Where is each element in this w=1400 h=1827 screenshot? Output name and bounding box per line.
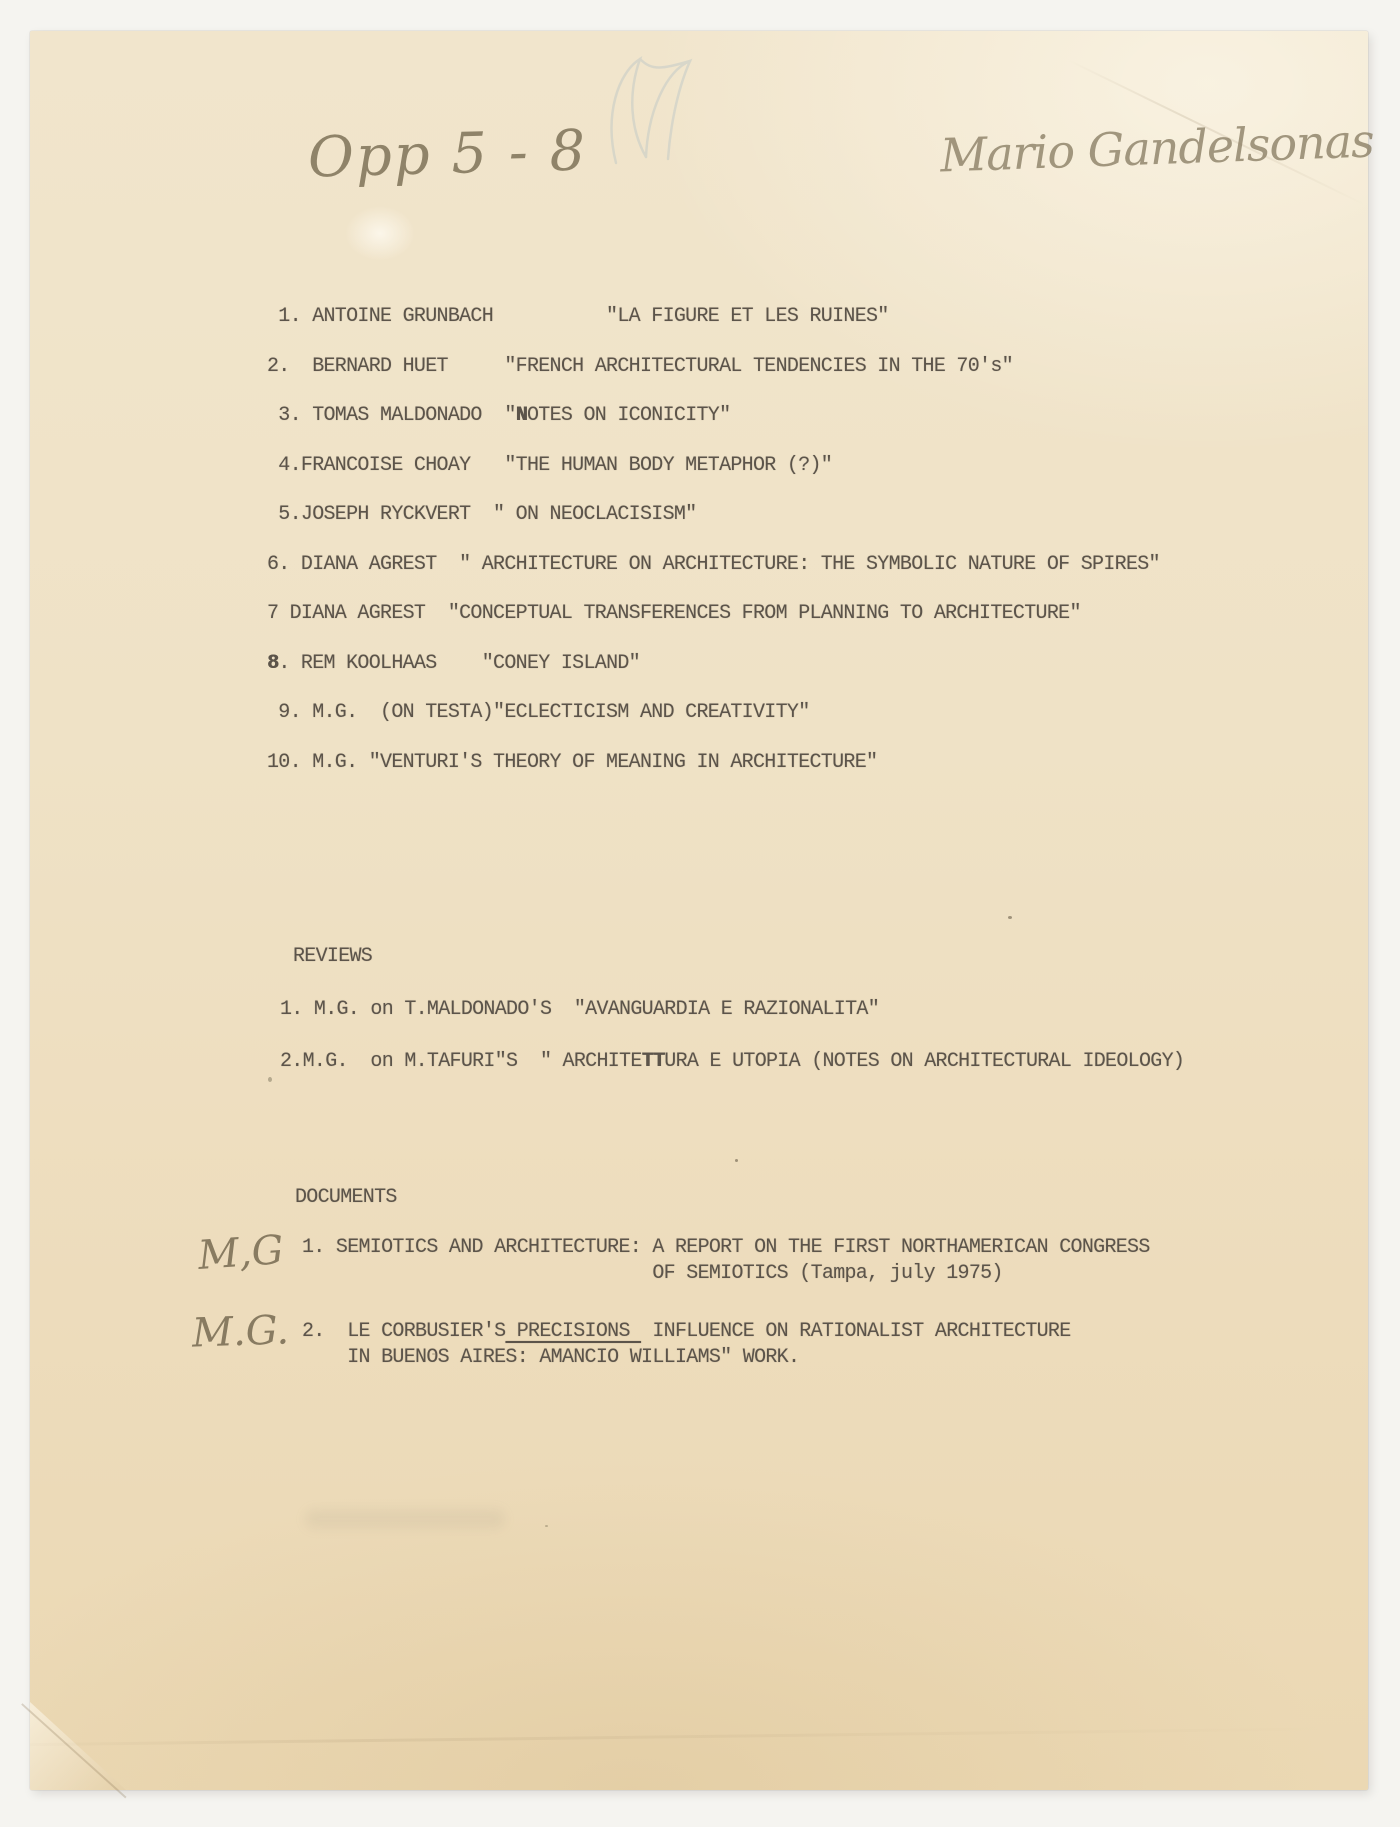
margin-mark-mg-1: M,G (196, 1227, 285, 1279)
typed-line: 3. TOMAS MALDONADO "NOTES ON ICONICITY" (267, 391, 1160, 441)
typed-text-segment: 7 DIANA AGREST "CONCEPTUAL TRANSFERENCES… (267, 602, 1081, 625)
typed-line: 6. DIANA AGREST " ARCHITECTURE ON ARCHIT… (267, 540, 1160, 590)
typed-line: IN BUENOS AIRES: AMANCIO WILLIAMS" WORK. (302, 1345, 1071, 1371)
paper-crease-bottom (30, 1727, 1368, 1746)
paper-speck (545, 1525, 548, 1527)
typed-line: 7 DIANA AGREST "CONCEPTUAL TRANSFERENCES… (267, 589, 1160, 639)
document-page: Opp 5 - 8 Mario Gandelsonas 1. ANTOINE G… (30, 31, 1368, 1790)
ink-bleed-smudge (305, 1509, 505, 1529)
typed-line: 1. SEMIOTICS AND ARCHITECTURE: A REPORT … (302, 1235, 1150, 1261)
typed-text-segment: OF SEMIOTICS (Tampa, july 1975) (302, 1262, 1003, 1285)
typed-line: 1. M.G. on T.MALDONADO'S "AVANGUARDIA E … (280, 984, 1184, 1036)
typed-line: 2. BERNARD HUET "FRENCH ARCHITECTURAL TE… (267, 342, 1160, 392)
typed-text-segment: PRECISIONS (505, 1320, 641, 1343)
typed-text-segment: OTES ON ICONICITY" (527, 404, 730, 427)
typed-text-segment: 9. M.G. (ON TESTA)"ECLECTICISM AND CREAT… (267, 701, 810, 724)
typed-text-segment: 8 (267, 652, 278, 675)
handwritten-note-opp: Opp 5 - 8 (307, 118, 588, 190)
contents-list: 1. ANTOINE GRUNBACH "LA FIGURE ET LES RU… (267, 292, 1160, 787)
document-item-2: 2. LE CORBUSIER'S PRECISIONS INFLUENCE O… (302, 1319, 1071, 1371)
typed-line: 10. M.G. "VENTURI'S THEORY OF MEANING IN… (267, 738, 1160, 788)
typed-text-segment: 1. M.G. on T.MALDONADO'S "AVANGUARDIA E … (280, 998, 879, 1021)
typed-text-segment: IN BUENOS AIRES: AMANCIO WILLIAMS" WORK. (302, 1346, 799, 1369)
typed-text-segment: 2. LE CORBUSIER'S (302, 1320, 505, 1343)
paper-fold-bottom-left (30, 1702, 126, 1790)
typed-text-segment: N (516, 404, 527, 427)
typed-text-segment: 2.M.G. on M.TAFURI"S " ARCHITE (280, 1050, 642, 1073)
paper-speck (1008, 916, 1012, 919)
typed-line: 1. ANTOINE GRUNBACH "LA FIGURE ET LES RU… (267, 292, 1160, 342)
typed-text-segment: 6. DIANA AGREST " ARCHITECTURE ON ARCHIT… (267, 553, 1160, 576)
typed-line: 2.M.G. on M.TAFURI"S " ARCHITETTURA E UT… (280, 1036, 1184, 1088)
typed-text-segment: 3. TOMAS MALDONADO " (267, 404, 516, 427)
typed-text-segment: INFLUENCE ON RATIONALIST ARCHITECTURE (641, 1320, 1070, 1343)
reviews-list: 1. M.G. on T.MALDONADO'S "AVANGUARDIA E … (280, 984, 1184, 1088)
typed-text-segment: 1. SEMIOTICS AND ARCHITECTURE: A REPORT … (302, 1236, 1150, 1259)
typed-text-segment: 10. M.G. "VENTURI'S THEORY OF MEANING IN… (267, 751, 877, 774)
typed-line: OF SEMIOTICS (Tampa, july 1975) (302, 1261, 1150, 1287)
typed-line: 5.JOSEPH RYCKVERT " ON NEOCLACISISM" (267, 490, 1160, 540)
paper-speck (432, 1353, 435, 1355)
typed-text-segment: 4.FRANCOISE CHOAY "THE HUMAN BODY METAPH… (267, 454, 832, 477)
handwritten-signature: Mario Gandelsonas (939, 113, 1374, 182)
paper-stain (345, 206, 415, 261)
reviews-heading: REVIEWS (293, 945, 372, 969)
document-item-1: 1. SEMIOTICS AND ARCHITECTURE: A REPORT … (302, 1235, 1150, 1287)
faint-watermark (578, 45, 728, 175)
typed-line: 8. REM KOOLHAAS "CONEY ISLAND" (267, 639, 1160, 689)
typed-text-segment: URA E UTOPIA (NOTES ON ARCHITECTURAL IDE… (664, 1050, 1184, 1073)
margin-mark-mg-2: M.G. (191, 1307, 289, 1356)
typed-text-segment: TT (642, 1050, 665, 1073)
paper-speck (735, 1159, 738, 1162)
typed-text-segment: 2. BERNARD HUET "FRENCH ARCHITECTURAL TE… (267, 355, 1013, 378)
typed-line: 9. M.G. (ON TESTA)"ECLECTICISM AND CREAT… (267, 688, 1160, 738)
typed-text-segment: 5.JOSEPH RYCKVERT " ON NEOCLACISISM" (267, 503, 696, 526)
typed-text-segment: . REM KOOLHAAS "CONEY ISLAND" (278, 652, 640, 675)
scan-background: Opp 5 - 8 Mario Gandelsonas 1. ANTOINE G… (0, 0, 1400, 1827)
typed-line: 2. LE CORBUSIER'S PRECISIONS INFLUENCE O… (302, 1319, 1071, 1345)
documents-heading: DOCUMENTS (295, 1186, 397, 1210)
paper-speck (268, 1077, 272, 1082)
typed-text-segment: 1. ANTOINE GRUNBACH "LA FIGURE ET LES RU… (267, 305, 889, 328)
typed-line: 4.FRANCOISE CHOAY "THE HUMAN BODY METAPH… (267, 441, 1160, 491)
